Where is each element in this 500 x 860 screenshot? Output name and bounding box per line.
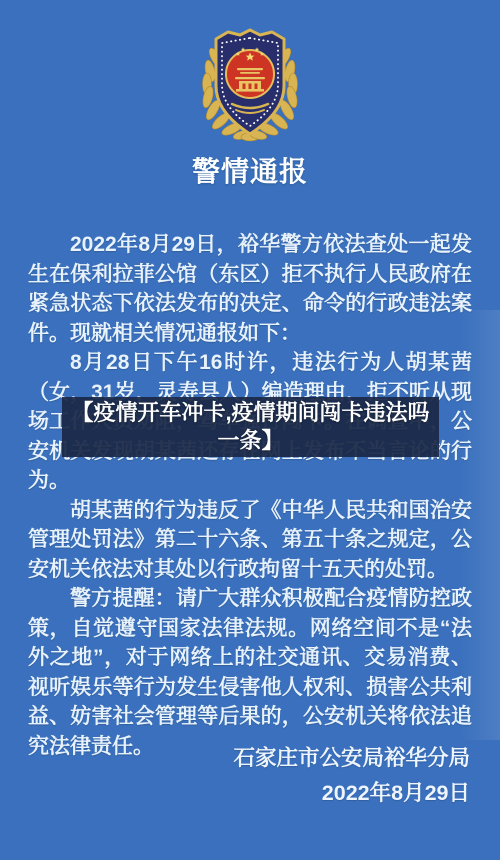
- notice-body: 2022年8月29日，裕华警方依法查处一起发生在保利拉菲公馆（东区）拒不执行人民…: [28, 230, 472, 761]
- notice-paragraph: 2022年8月29日，裕华警方依法查处一起发生在保利拉菲公馆（东区）拒不执行人民…: [28, 230, 472, 348]
- caption-text: 【疫情开车冲卡,疫情期间闯卡违法吗一条】: [66, 399, 435, 455]
- notice-signature: 石家庄市公安局裕华分局 2022年8月29日: [233, 741, 470, 811]
- video-caption-overlay: 【疫情开车冲卡,疫情期间闯卡违法吗一条】: [62, 397, 439, 457]
- issuer-line: 石家庄市公安局裕华分局: [233, 741, 470, 776]
- notice-paragraph: 胡某茜的行为违反了《中华人民共和国治安管理处罚法》第二十六条、第五十条之规定，公…: [28, 496, 472, 585]
- police-notice-poster: 警情通报 2022年8月29日，裕华警方依法查处一起发生在保利拉菲公馆（东区）拒…: [0, 0, 500, 860]
- notice-title: 警情通报: [0, 150, 500, 190]
- police-badge-icon: [190, 16, 310, 148]
- notice-paragraph: 警方提醒：请广大群众积极配合疫情防控政策，自觉遵守国家法律法规。网络空间不是“法…: [28, 584, 472, 761]
- date-line: 2022年8月29日: [233, 776, 470, 811]
